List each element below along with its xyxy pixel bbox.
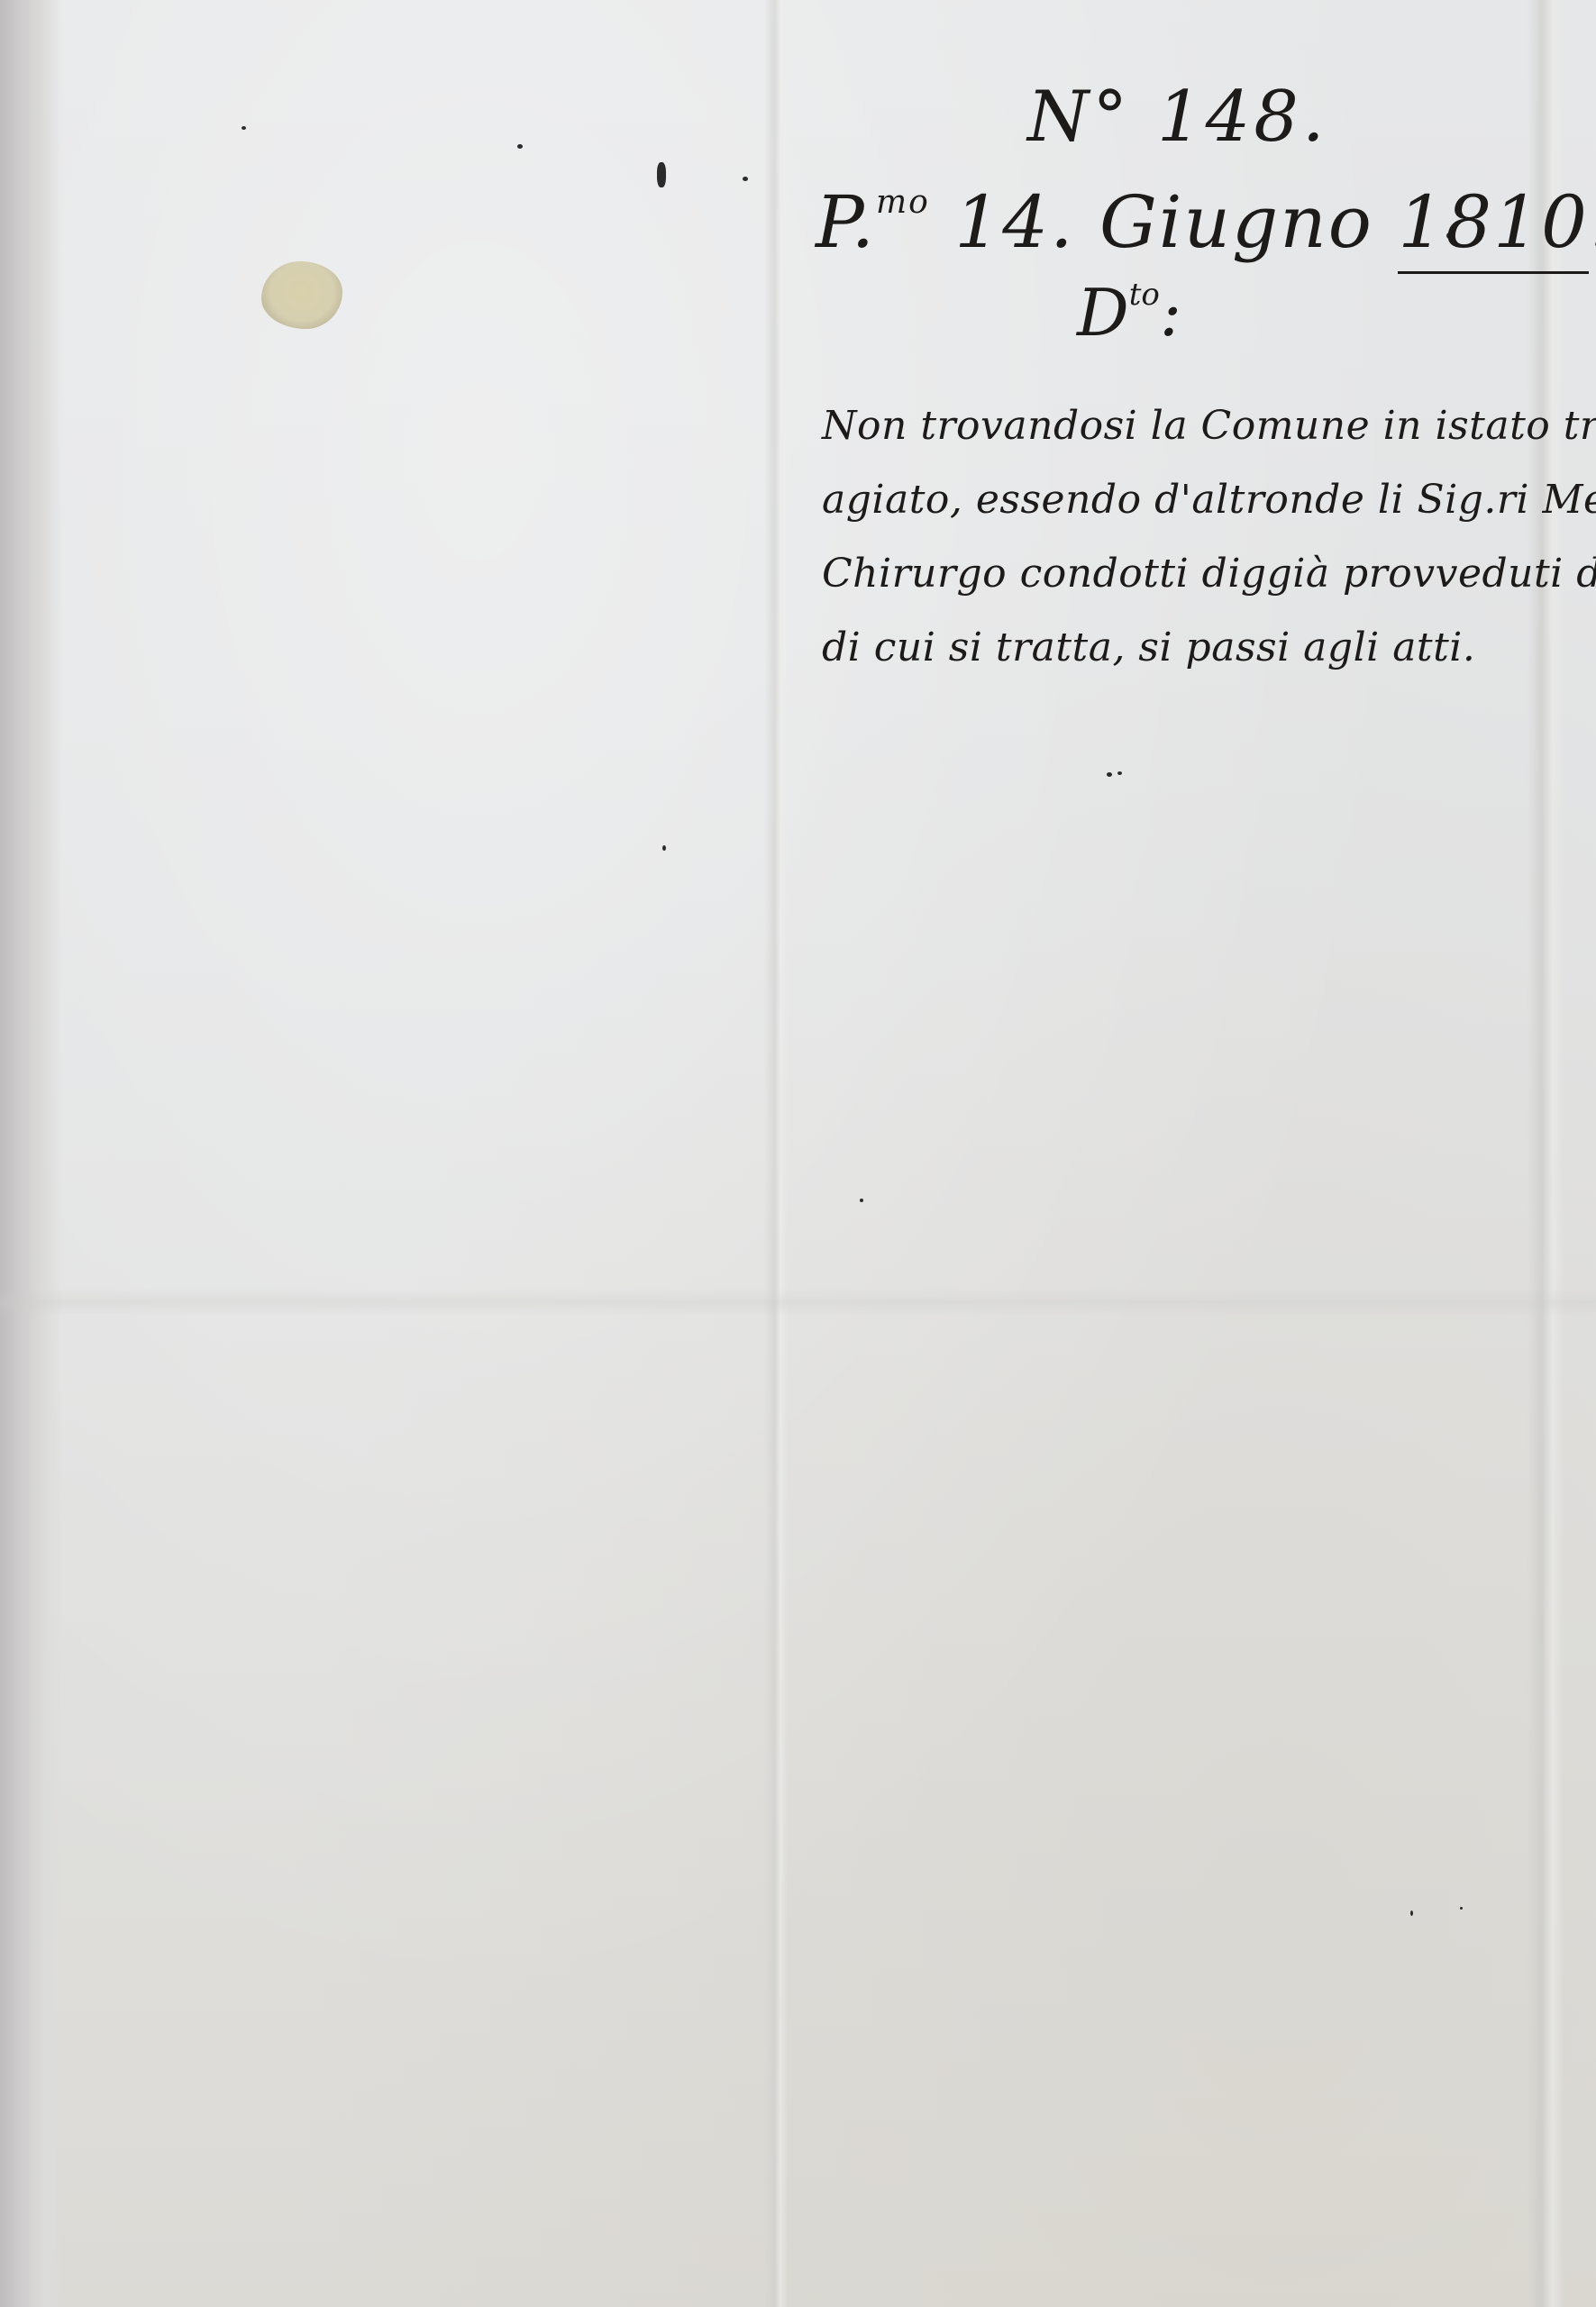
decree-superscript: to <box>1129 277 1160 313</box>
date-suffix: . <box>1589 180 1596 264</box>
ink-speck <box>860 1199 863 1202</box>
manuscript-page: N° 148. P.mo 14. Giugno 1810. Dto: Non t… <box>0 0 1596 2307</box>
decree-letter: D <box>1077 275 1129 351</box>
date-prefix-superscript: mo <box>876 184 930 221</box>
ink-speck <box>242 126 246 130</box>
date-day: 14. <box>954 180 1074 264</box>
vertical-fold-center <box>764 0 788 2307</box>
date-prefix: P. <box>816 180 876 264</box>
body-line: agiato, essendo d'altronde li Sig.ri Med… <box>822 463 1596 537</box>
ink-speck <box>1117 771 1122 775</box>
water-stain <box>261 261 342 329</box>
body-line: Chirurgo condotti diggià provveduti del … <box>822 537 1596 611</box>
document-date: P.mo 14. Giugno 1810. <box>816 180 1596 264</box>
decree-body: Non trovandosi la Comune in istato tropp… <box>822 389 1596 685</box>
body-line: Non trovandosi la Comune in istato tropp… <box>822 389 1596 463</box>
ink-speck <box>657 162 666 187</box>
ink-speck <box>517 144 523 149</box>
ink-speck <box>1107 772 1112 777</box>
horizontal-fold <box>0 1289 1596 1316</box>
body-line: di cui si tratta, si passi agli atti. <box>822 611 1596 685</box>
ink-speck <box>1410 1910 1413 1916</box>
ink-speck <box>1460 1907 1463 1910</box>
ink-speck <box>662 845 666 851</box>
date-month: Giugno <box>1099 180 1373 264</box>
decree-mark: Dto: <box>1077 275 1181 351</box>
document-number: N° 148. <box>1027 77 1328 158</box>
page-left-edge-shadow <box>0 0 63 2307</box>
vertical-fold-right <box>1528 0 1564 2307</box>
decree-colon: : <box>1160 275 1181 351</box>
ink-speck <box>743 177 748 181</box>
date-year: 1810 <box>1398 180 1589 274</box>
